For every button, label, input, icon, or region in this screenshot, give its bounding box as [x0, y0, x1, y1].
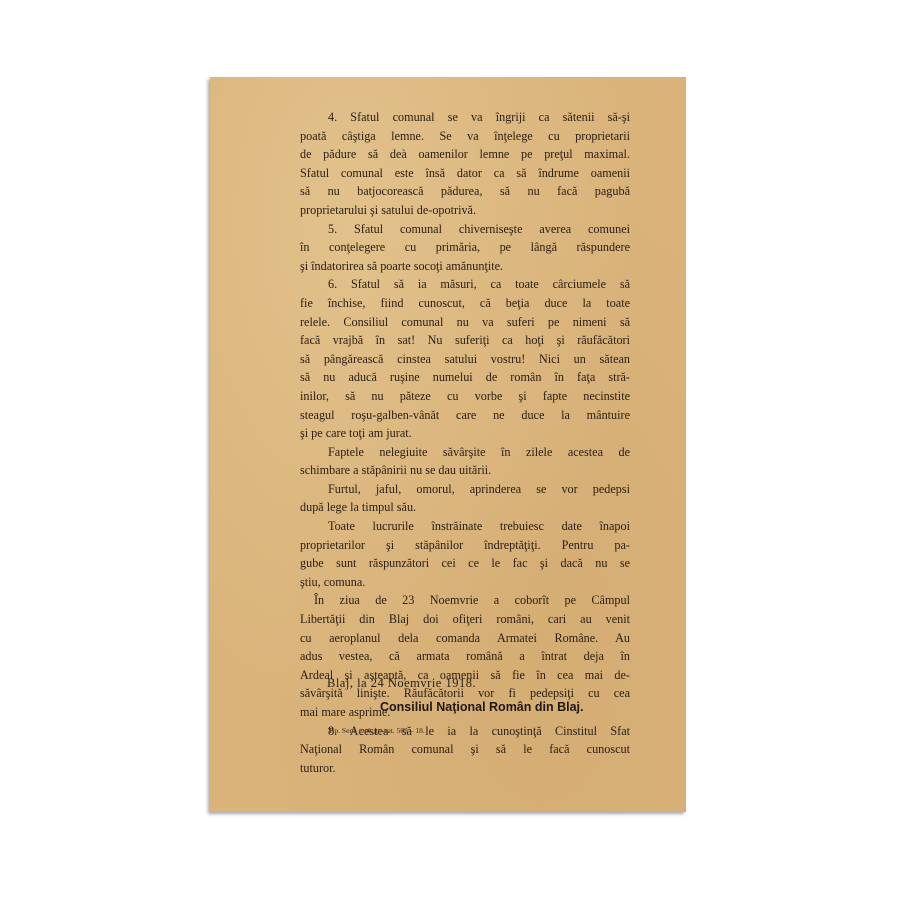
text-line: să nu batjocorească pădurea, să nu facă … [300, 182, 630, 201]
text-line: în conţelegere cu primăria, pe lângă răs… [300, 238, 630, 257]
text-line: gube sunt răspunzători cei ce le fac şi … [300, 554, 630, 573]
text-line: relele. Consiliul comunal nu va suferi p… [300, 313, 630, 332]
paragraph-5: 5. Sfatul comunal chiverniseşte averea c… [300, 220, 630, 276]
text-line: 6. Sfatul să ia măsuri, ca toate cârcium… [300, 275, 630, 294]
text-line: să pângărească cinstea satului vostru! N… [300, 350, 630, 369]
paragraph-punishment: Furtul, jaful, omorul, aprinderea se vor… [300, 480, 630, 517]
text-line: inilor, să nu păteze cu vorbe şi fapte n… [300, 387, 630, 406]
text-line: Libertăţii din Blaj doi ofiţeri români, … [300, 610, 630, 629]
text-line: şi pe care toţi am jurat. [300, 424, 630, 443]
text-line: fie închise, fiind cunoscut, că beţia du… [300, 294, 630, 313]
text-line: şi îndatorirea să poarte socoţi amănunţi… [300, 257, 630, 276]
text-line: schimbare a stăpânirii nu se dau uitării… [300, 461, 630, 480]
text-line: 5. Sfatul comunal chiverniseşte averea c… [300, 220, 630, 239]
paragraph-crimes: Faptele nelegiuite săvârşite în zilele a… [300, 443, 630, 480]
text-line: cu aeroplanul dela comanda Armatei Român… [300, 629, 630, 648]
date-line: Blaj, la 24 Noemvrie 1918. [327, 676, 476, 691]
document-page: 4. Sfatul comunal se va îngriji ca săten… [210, 77, 686, 812]
printer-imprint: Tip. Sem. teol. gr.-cat. 505 – 18. [328, 726, 425, 735]
text-line: ştiu, comuna. [300, 573, 630, 592]
text-line: proprietarului şi satului de-opotrivă. [300, 201, 630, 220]
text-line: facă vrajbă în sat! Nu suferiţi ca hoţi … [300, 331, 630, 350]
text-line: În ziua de 23 Noemvrie a coborît pe Câmp… [300, 591, 630, 610]
text-line: Sfatul comunal este însă dator ca să înd… [300, 164, 630, 183]
text-line: steagul roşu-galben-vânăt care ne duce l… [300, 406, 630, 425]
text-line: după lege la timpul său. [300, 498, 630, 517]
text-line: Toate lucrurile înstrăinate trebuiesc da… [300, 517, 630, 536]
text-line: 4. Sfatul comunal se va îngriji ca săten… [300, 108, 630, 127]
text-line: adus vestea, că armata română a întrat d… [300, 647, 630, 666]
text-line: Naţional Român comunal şi să le facă cun… [300, 740, 630, 759]
paragraph-4: 4. Sfatul comunal se va îngriji ca săten… [300, 108, 630, 220]
text-line: Faptele nelegiuite săvârşite în zilele a… [300, 443, 630, 462]
paragraph-restitution: Toate lucrurile înstrăinate trebuiesc da… [300, 517, 630, 591]
paragraph-6: 6. Sfatul să ia măsuri, ca toate cârcium… [300, 275, 630, 442]
text-line: Furtul, jaful, omorul, aprinderea se vor… [300, 480, 630, 499]
text-line: de pădure să deà oamenilor lemne pe preţ… [300, 145, 630, 164]
signature: Consiliul Naţional Român din Blaj. [380, 700, 584, 714]
text-line: poată câştiga lemne. Se va înţelege cu p… [300, 127, 630, 146]
text-line: tuturor. [300, 759, 630, 778]
text-line: proprietarilor şi stăpânilor îndreptăţiţ… [300, 536, 630, 555]
text-line: să nu aducă ruşine numelui de român în f… [300, 368, 630, 387]
